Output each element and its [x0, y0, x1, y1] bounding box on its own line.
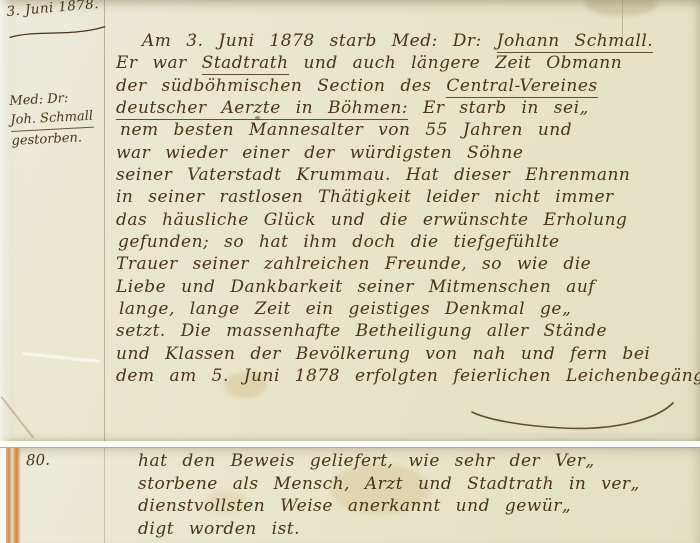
manuscript-scan: 3. Juni 1878. Med: Dr: Joh. Schmall gest…	[0, 0, 700, 543]
text-segment: Er starb in sei„	[408, 98, 589, 118]
text-line: hat den Beweis geliefert, wie sehr der V…	[138, 450, 640, 473]
entry-text-block: Am 3. Juni 1878 starb Med: Dr: Johann Sc…	[116, 30, 700, 388]
text-line: Er war Stadtrath und auch längere Zeit O…	[116, 52, 700, 74]
underlined-text: deutscher Aerzte in Böhmen:	[116, 98, 408, 120]
text-line: deutscher Aerzte in Böhmen: Er starb in …	[116, 97, 700, 119]
text-line: storbene als Mensch, Arzt und Stadtrath …	[138, 473, 640, 496]
text-line: dienstvollsten Weise anerkannt und gewür…	[138, 495, 640, 518]
page-top: 3. Juni 1878. Med: Dr: Joh. Schmall gest…	[0, 0, 700, 442]
page-bottom: 80. hat den Beweis geliefert, wie sehr d…	[0, 447, 700, 543]
signature-flourish	[468, 398, 683, 438]
underlined-text: Stadtrath	[202, 53, 289, 75]
text-line: setzt. Die massenhafte Betheiligung alle…	[116, 320, 700, 342]
underlined-name: Johann Schmall.	[497, 31, 654, 53]
margin-rule-line	[104, 0, 105, 441]
paper-stain	[585, 0, 657, 16]
date-underline-swash	[7, 21, 108, 47]
text-segment: Am 3. Juni 1878 starb Med: Dr:	[142, 31, 497, 51]
text-line: war wieder einer der würdigsten Söhne	[116, 142, 700, 164]
binding-edge	[0, 448, 22, 543]
text-segment: der südböhmischen Section des	[116, 76, 446, 96]
text-line: und Klassen der Bevölkerung von nah und …	[116, 343, 700, 365]
margin-date: 3. Juni 1878.	[6, 0, 99, 20]
text-segment: Er war	[116, 53, 202, 73]
margin-note: Med: Dr: Joh. Schmall gestorben.	[9, 88, 95, 151]
text-line: Am 3. Juni 1878 starb Med: Dr: Johann Sc…	[116, 30, 700, 52]
text-line: in seiner rastlosen Thätigkeit leider ni…	[116, 186, 700, 208]
underlined-text: Central-Vereines	[446, 76, 597, 98]
margin-rule-line	[104, 448, 105, 543]
text-line: der südböhmischen Section des Central-Ve…	[116, 75, 700, 97]
text-line: gefunden; so hat ihm doch die tiefgefühl…	[116, 231, 700, 253]
text-line: lange, lange Zeit ein geistiges Denkmal …	[116, 298, 700, 320]
margin-note-line: gestorben.	[11, 128, 95, 151]
text-line: Trauer seiner zahlreichen Freunde, so wi…	[116, 253, 700, 275]
text-line: digt worden ist.	[138, 518, 640, 541]
text-line: dem am 5. Juni 1878 erfolgten feierliche…	[116, 365, 700, 387]
text-segment: und auch längere Zeit Obmann	[289, 53, 623, 73]
entry-text-block: hat den Beweis geliefert, wie sehr der V…	[138, 450, 640, 540]
text-line: nem besten Mannesalter von 55 Jahren und	[116, 119, 700, 141]
text-line: das häusliche Glück und die erwünschte E…	[116, 209, 700, 231]
text-line: seiner Vaterstadt Krummau. Hat dieser Eh…	[116, 164, 700, 186]
margin-entry-number: 80.	[26, 451, 50, 470]
paper-scratch	[22, 352, 100, 363]
text-line: Liebe und Dankbarkeit seiner Mitmenschen…	[116, 276, 700, 298]
page-left-edge	[0, 0, 12, 441]
